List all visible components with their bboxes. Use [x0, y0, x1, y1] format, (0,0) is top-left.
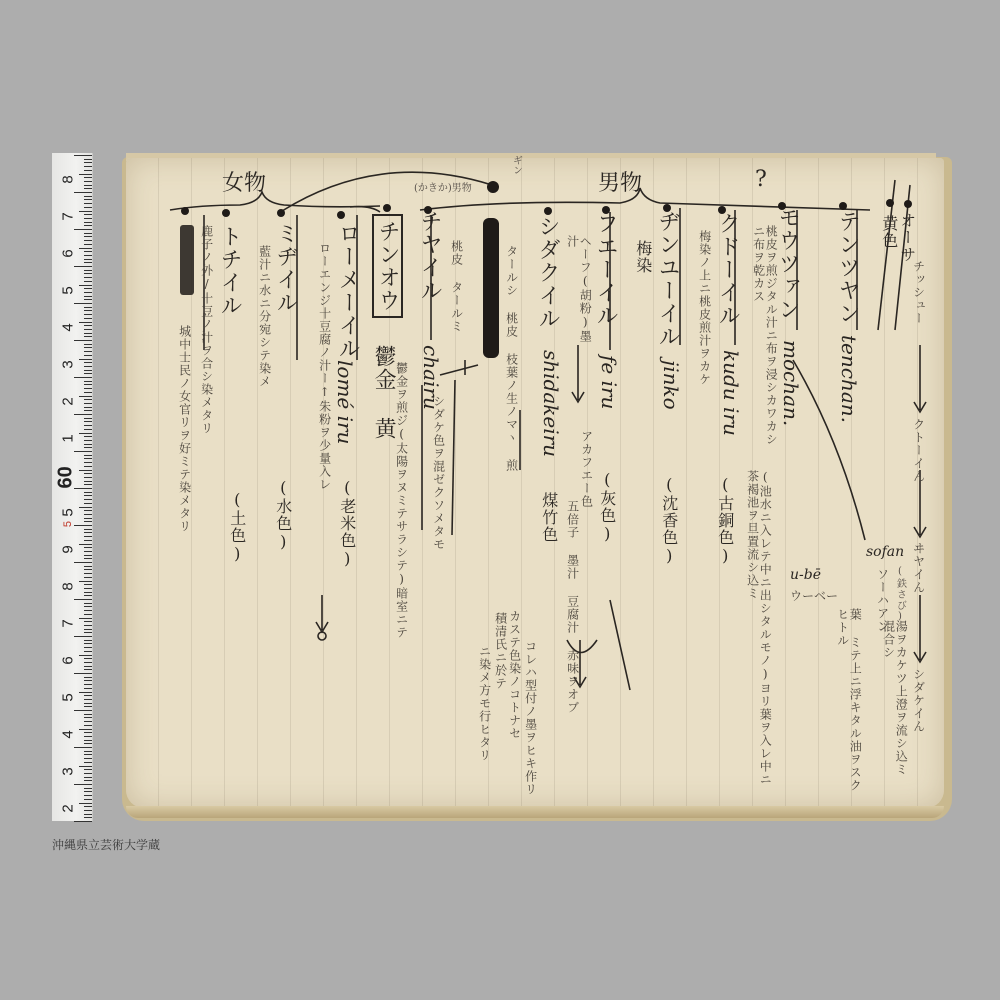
col-chaiiru-note: 桃皮 タールミ: [450, 240, 463, 340]
bottom-note-4: ニ染メ方モ行ヒタリ: [478, 645, 491, 795]
col-shidakiiru-note: タールシ 桃皮 枝葉ノ生ノマヽ 煎: [505, 245, 518, 495]
col-kuduuiru-paren: (古銅色): [716, 475, 733, 566]
sofan-note: 湯ヲカケツ上澄ヲ流シ込ミ混合シ: [882, 620, 907, 780]
col-mouchan-note: 桃皮ヲ煎ジタル汁ニ布ヲ浸シカワカシ ニ布ヲ乾カス: [752, 225, 777, 470]
bottom-note-1: コレハ型付ノ墨ヲヒキ作リ: [524, 640, 537, 810]
chain-step-1: チッシュー: [912, 260, 925, 325]
bottom-note-2: カステ色染ノコトナセ: [508, 610, 521, 780]
col-jinyuuiru-romaji: jinko: [660, 360, 681, 410]
ube-romaji: u-bē: [790, 568, 821, 583]
col-midiru-note: 藍汁ニ水ニ分宛シテ染メ: [258, 245, 271, 445]
col-roomeiiru-name: ローメーイル: [336, 222, 359, 360]
col-shidakiiru-paren: 煤竹色: [540, 492, 557, 543]
ube-kana: ウーベー: [790, 590, 838, 603]
sofan-romaji: sofan: [866, 545, 904, 560]
col-tochiiru-side: 城中士民ノ女官リヲ好ミテ染メタリ: [178, 325, 191, 595]
col-kiiro-name: 黄色: [880, 215, 897, 249]
col-kuduuiru-note: 梅染ノ上ニ桃皮煎汁ヲカケ: [698, 230, 711, 410]
col-jinyuuiru-name: ヂンユーイル: [656, 210, 679, 348]
col-roomeiiru-romaji: lomé iru: [334, 360, 355, 444]
col-feeiru-romaji: fe iru: [598, 355, 619, 409]
chain-step-4: シダケイん: [912, 668, 925, 733]
col-chaiiru-arrow-note: シダケ色ヲ混ゼクソメタモ: [432, 395, 445, 565]
col-feeiru-note: ヘーフ(胡粉)墨汁: [566, 235, 591, 355]
col-feeiru-name: フエーイル: [594, 212, 617, 327]
col-tochiiru-name: トチイル: [218, 225, 241, 317]
heading-question-mark: ?: [755, 168, 767, 191]
chain-step-2: クトーイん: [912, 418, 925, 483]
col-tochiiru-note: 鹿子ノ外/十豆ノ汁ヲ合シ染メタリ: [200, 225, 213, 555]
col-kuduuiru-side: (池水ニ入レテ中ニ出シタルモノ)ヨリ葉ヲ入レ中ニ茶褐池ヲ旦置流シ込ミ: [746, 470, 771, 790]
col-kuduuiru-name: クドーイル: [716, 212, 739, 327]
col-tenchan-romaji: tenchan.: [838, 335, 859, 423]
bottom-note-3: 積清氏ニ於テ: [494, 612, 507, 732]
col-roomeiiru-note: ローエンジ十豆腐ノ汁ー↑朱粉ヲ少量入レ: [318, 242, 331, 602]
chain-step-3: ヰヤイん: [912, 542, 925, 594]
col-feeiru-extra: 五倍子 墨汁 豆腐汁 赤味ヲオブ: [566, 500, 579, 720]
col-roomeiiru-paren: (老米色): [338, 478, 355, 569]
ube-note: 葉 ミテ上ニ浮キタル油ヲスクヒトル: [836, 608, 861, 798]
heading-kaki-male: (かきか)男物: [414, 184, 472, 195]
col-kuduuiru-romaji: kudu iru: [720, 350, 741, 436]
col-tochiiru-paren: (土色): [228, 490, 245, 564]
col-oosa-name: オーサ: [898, 212, 915, 263]
col-jinyuuiru-note: 梅染: [634, 240, 651, 274]
col-chinou-name-boxed: チンオウ: [372, 214, 403, 318]
col-shidakiiru-name: シダクイル: [536, 215, 559, 330]
col-shidakiiru-romaji: shidakeiru: [540, 350, 561, 457]
col-midiru-paren: (水色): [274, 478, 291, 552]
col-chaiiru-name: チヤイル: [418, 210, 441, 302]
col-feeiru-sub: アカフエー色: [580, 430, 593, 520]
heading-female-items: 女物: [222, 172, 266, 195]
col-feeiru-paren: (灰色): [598, 470, 615, 544]
col-chinou-note: 鬱金ヲ煎ジ(太陽ヲヌミテサラシテ)暗室ニテ: [395, 362, 408, 692]
heading-male-items: 男物: [598, 172, 642, 195]
col-tenchan-name: テンツヤン: [836, 210, 859, 325]
heading-gin-note: ギン: [510, 155, 521, 175]
col-midiru-name: ミヂイル: [274, 222, 297, 314]
collection-caption: 沖縄県立芸術大学蔵: [52, 836, 160, 853]
col-jinyuuiru-paren: (沈香色): [660, 475, 677, 566]
col-mouchan-name: モウツァン: [776, 206, 799, 321]
sofan-paren: (鉄さび): [894, 566, 905, 623]
col-chinou-kanji: 鬱金 黄: [372, 345, 395, 440]
col-mouchan-romaji: mochan.: [780, 340, 801, 426]
